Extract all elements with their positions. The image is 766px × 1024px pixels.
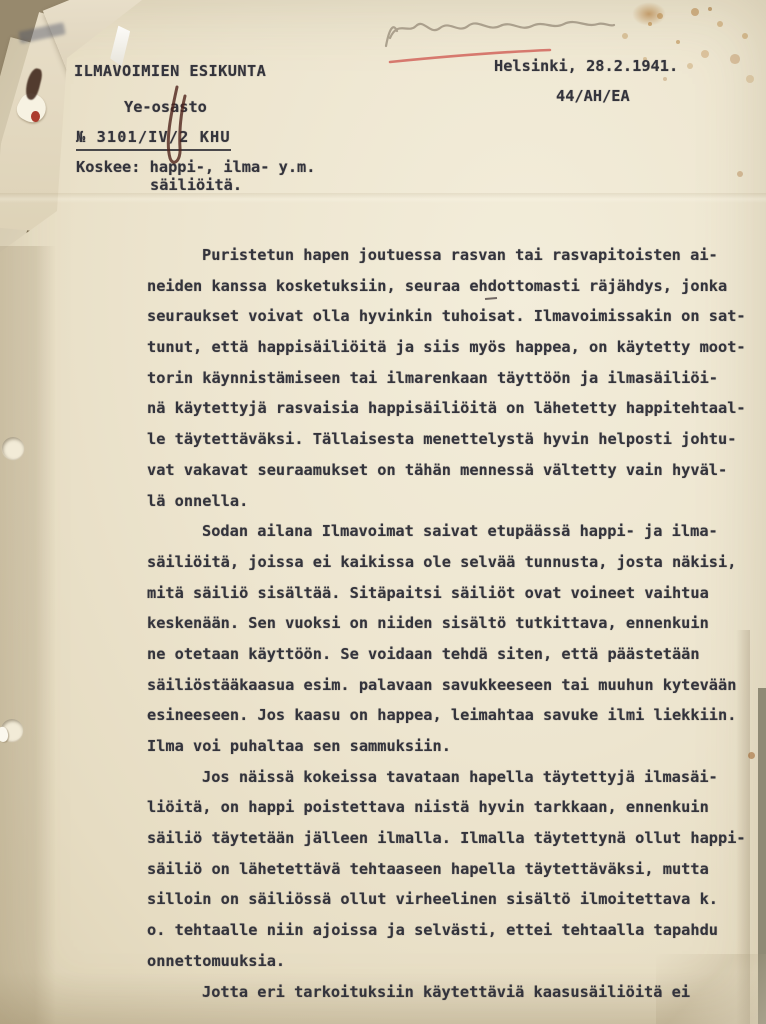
horizontal-crease <box>0 193 766 203</box>
letter-line: säiliö on lähetettävä tehtaaseen hapella… <box>147 854 762 885</box>
letter-line: le täytettäväksi. Tällaisesta menettelys… <box>147 424 762 455</box>
letter-line: mitä säiliö sisältää. Sitäpaitsi säiliöt… <box>147 578 762 609</box>
letter-line: o. tehtaalle niin ajoissa ja selvästi, e… <box>147 915 762 946</box>
letter-line: Jotta eri tarkoituksiin käytettäviä kaas… <box>147 977 762 1008</box>
letter-line: silloin on säiliössä ollut virheelinen s… <box>147 884 762 915</box>
letter-line: torin käynnistämiseen tai ilmarenkaan tä… <box>147 363 762 394</box>
foxing-stain-speckles <box>648 22 652 26</box>
letter-line: tunut, että happisäiliöitä ja siis myös … <box>147 332 762 363</box>
record-number: № 3101/IV/2 KHU <box>76 128 231 151</box>
reference-code: 44/AH/EA <box>556 87 630 105</box>
letter-line: liöitä, on happi poistettava niistä hyvi… <box>147 792 762 823</box>
subject-line-1: Koskee: happi-, ilma- y.m. <box>76 158 315 176</box>
subject-line-2: säiliöitä. <box>150 176 242 194</box>
letter-line: esineeseen. Jos kaasu on happea, leimaht… <box>147 700 762 731</box>
letter-line: onnettomuuksia. <box>147 946 762 977</box>
letter-line: lä onnella. <box>147 486 762 517</box>
place-and-date: Helsinki, 28.2.1941. <box>494 57 678 75</box>
letter-line: säiliöitä, joissa ei kaikissa ole selvää… <box>147 547 762 578</box>
letter-line: säiliöstääkaasua esim. palavaan savukkee… <box>147 670 762 701</box>
organization-name: ILMAVOIMIEN ESIKUNTA <box>74 62 266 80</box>
department-name: Ye-osasto <box>124 98 207 116</box>
letter-line: neiden kanssa kosketuksiin, seuraa ehdot… <box>147 271 762 302</box>
red-seal-dot <box>31 111 40 122</box>
letter-line: ne otetaan käyttöön. Se voidaan tehdä si… <box>147 639 762 670</box>
punch-hole-top <box>2 437 24 459</box>
letter-body: Puristetun hapen joutuessa rasvan tai ra… <box>147 240 762 1007</box>
letter-line: Sodan ailana Ilmavoimat saivat etupäässä… <box>147 516 762 547</box>
letter-line: keskenään. Sen vuoksi on niiden sisältö … <box>147 608 762 639</box>
letter-line: Puristetun hapen joutuessa rasvan tai ra… <box>147 240 762 271</box>
letter-line: vat vakavat seuraamukset on tähän mennes… <box>147 455 762 486</box>
letter-line: Ilma voi puhaltaa sen sammuksiin. <box>147 731 762 762</box>
letter-line: nä käytettyjä rasvaisia happisäiliöitä o… <box>147 393 762 424</box>
letter-line: seuraukset voivat olla hyvinkin tuhoisat… <box>147 301 762 332</box>
letter-line: säiliö täytetään jälleen ilmalla. Ilmall… <box>147 823 762 854</box>
scanned-letter-page: ILMAVOIMIEN ESIKUNTA Ye-osasto № 3101/IV… <box>0 0 766 1024</box>
letter-line: Jos näissä kokeissa tavataan hapella täy… <box>147 762 762 793</box>
left-edge-shadow <box>0 246 56 1024</box>
